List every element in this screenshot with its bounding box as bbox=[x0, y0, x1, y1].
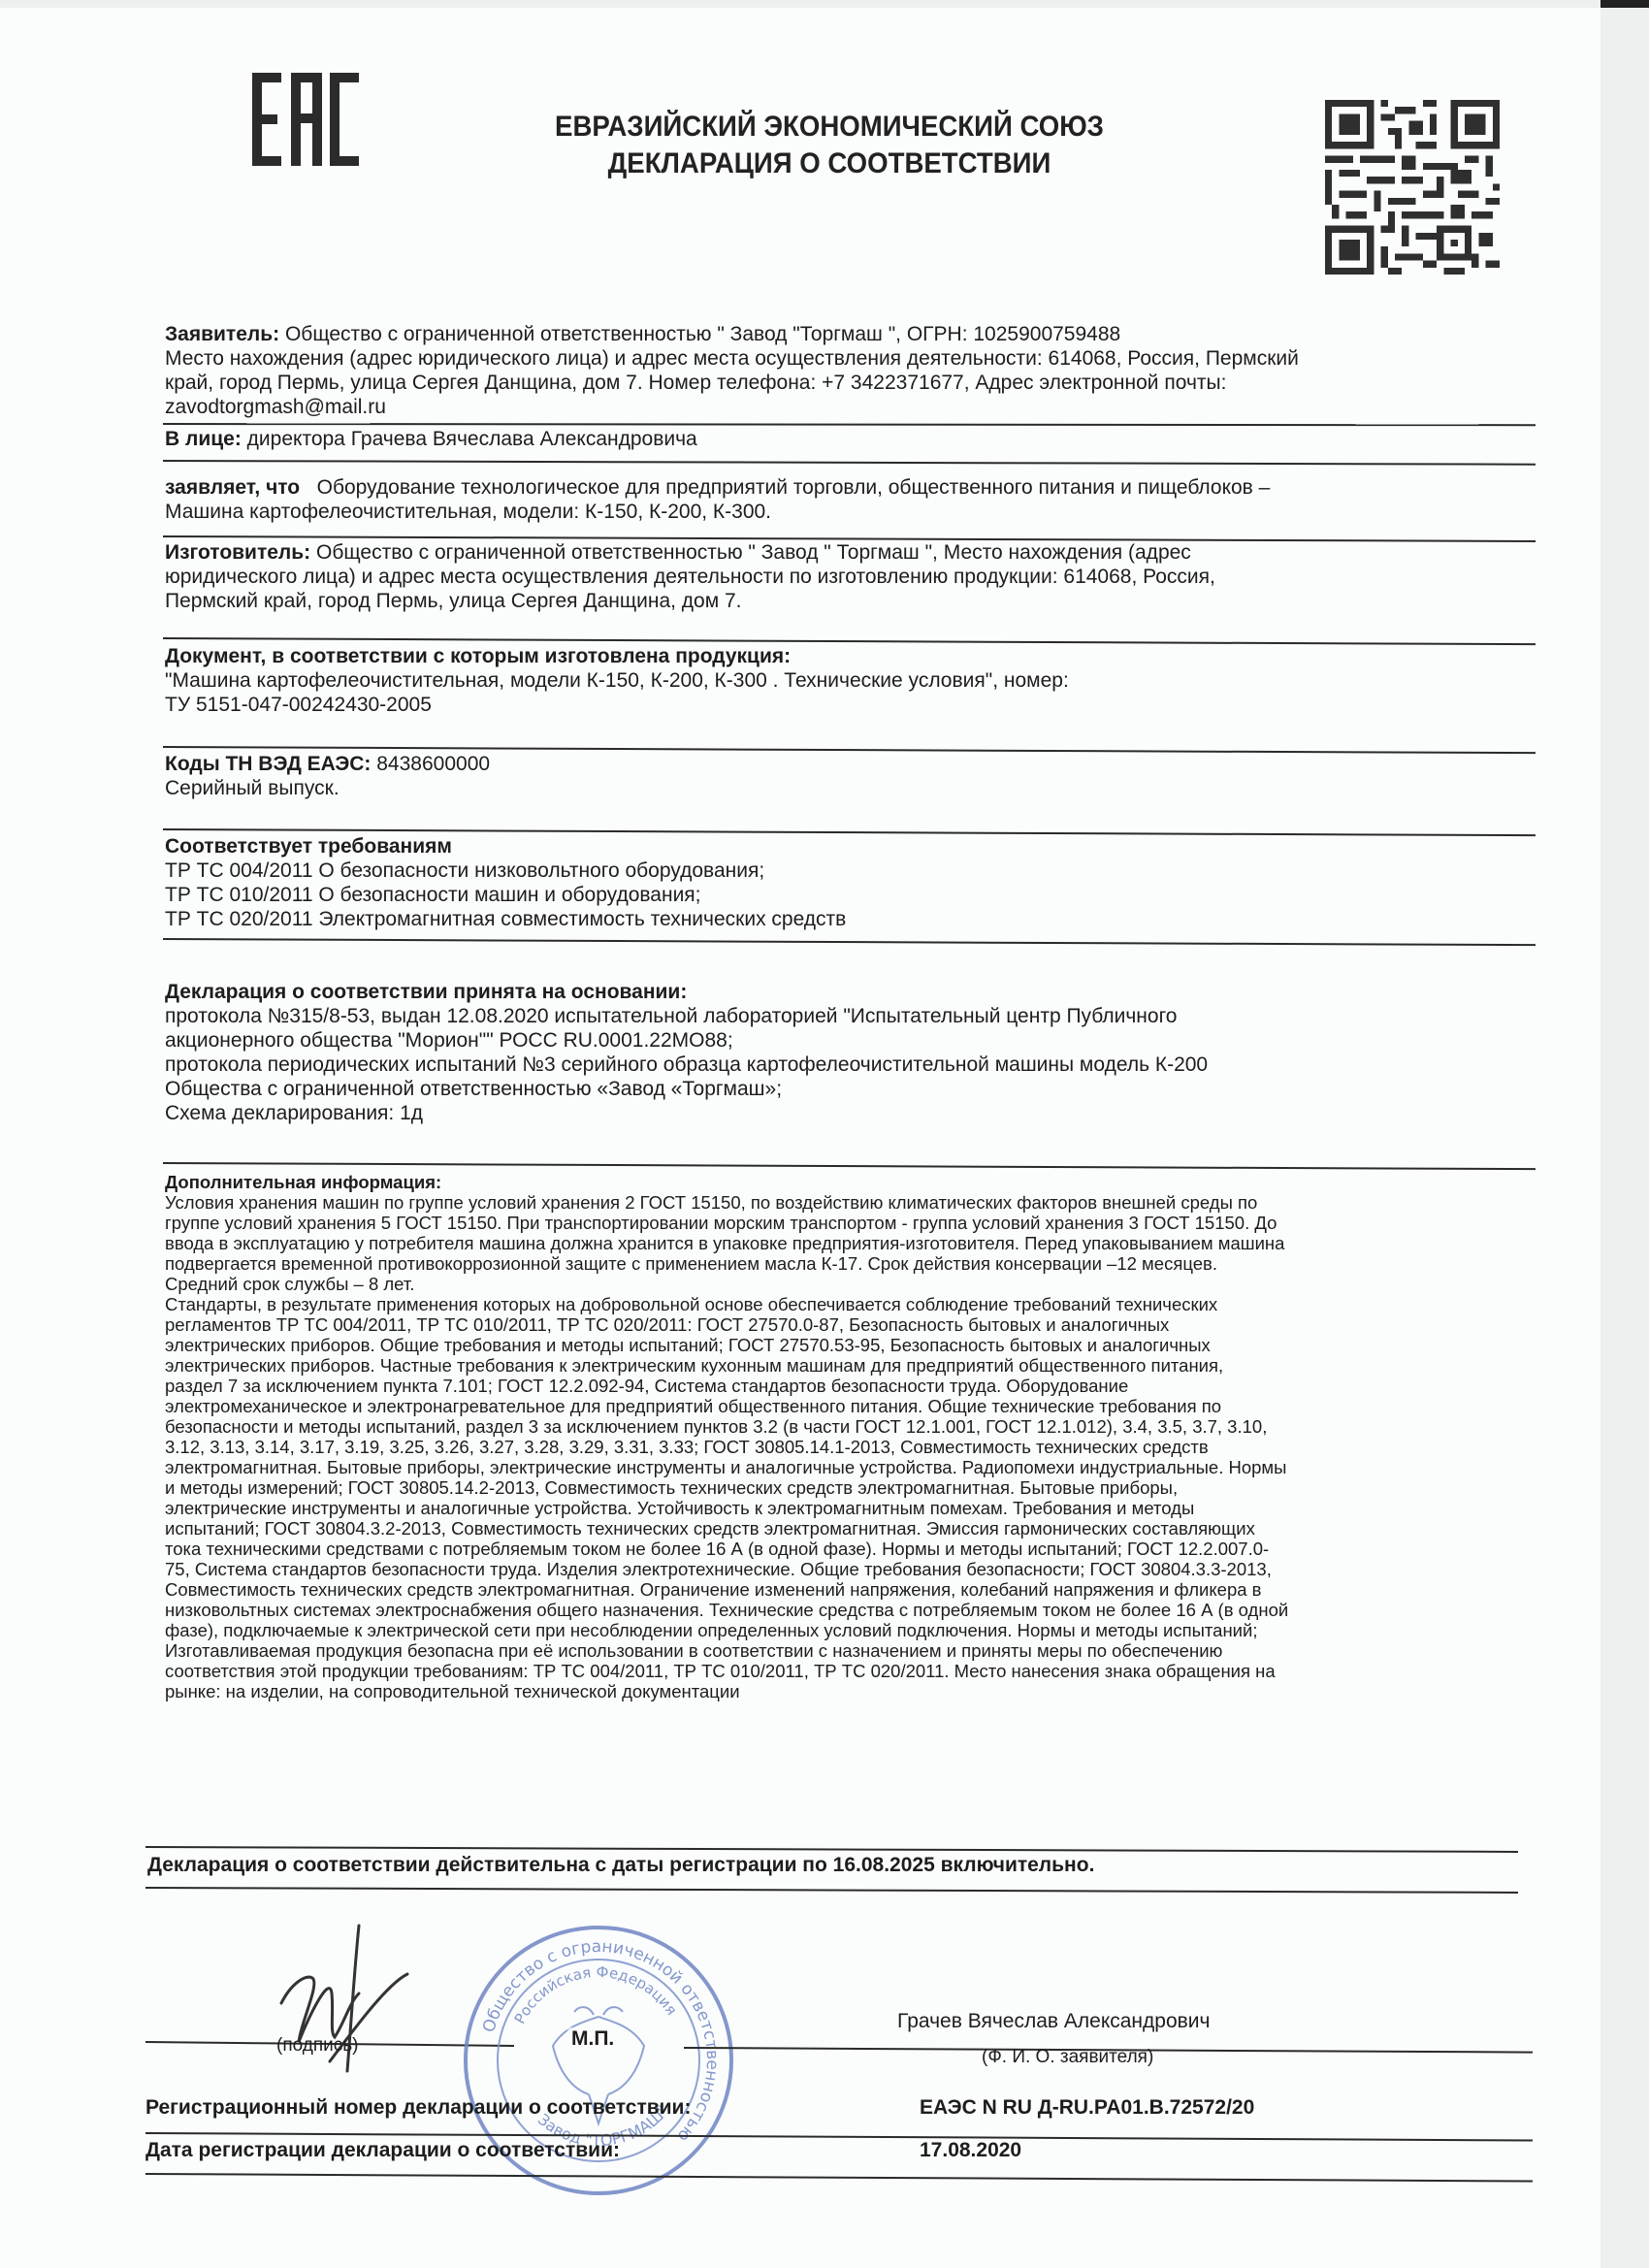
additional-info-line: Совместимость технических средств электр… bbox=[165, 1579, 1533, 1600]
additional-info-line: электрических приборов. Частные требован… bbox=[165, 1355, 1533, 1376]
eac-logo-icon bbox=[252, 73, 361, 166]
requirements-label: Соответствует требованиям bbox=[165, 835, 452, 858]
applicant-full-name: Грачев Вячеслав Александрович bbox=[897, 2010, 1210, 2033]
additional-info-line: соответствия этой продукции требованиям:… bbox=[165, 1661, 1533, 1681]
basis-section: Декларация о соответствии принята на осн… bbox=[165, 980, 1533, 1125]
qr-code-icon bbox=[1325, 99, 1500, 275]
document-title: "Машина картофелеочистительная, модели К… bbox=[165, 668, 1533, 693]
additional-info-line: ввода в эксплуатацию у потребителя машин… bbox=[165, 1233, 1533, 1253]
additional-info-line: подвергается временной противокоррозионн… bbox=[165, 1253, 1533, 1274]
applicant-name: Общество с ограниченной ответственностью… bbox=[279, 323, 1120, 345]
additional-info-line: и методы измерений; ГОСТ 30805.14.2-2013… bbox=[165, 1477, 1533, 1498]
declares-label: заявляет, что bbox=[165, 476, 300, 499]
additional-info-line: раздел 7 за исключением пункта 7.101; ГО… bbox=[165, 1376, 1533, 1396]
requirement-item: ТР ТС 004/2011 О безопасности низковольт… bbox=[165, 859, 1533, 883]
represented-by-value: директора Грачева Вячеслава Александрови… bbox=[242, 428, 697, 450]
additional-info-line: 3.12, 3.13, 3.14, 3.17, 3.19, 3.25, 3.26… bbox=[165, 1437, 1533, 1457]
codes-value: 8438600000 bbox=[371, 753, 490, 775]
manufacturer-label: Изготовитель: bbox=[165, 541, 310, 564]
applicant-address: Место нахождения (адрес юридического лиц… bbox=[165, 346, 1533, 371]
additional-info-line: регламентов ТР ТС 004/2011, ТР ТС 010/20… bbox=[165, 1314, 1533, 1335]
codes-section: Коды ТН ВЭД ЕАЭС: 8438600000 Серийный вы… bbox=[165, 752, 1533, 800]
release-type: Серийный выпуск. bbox=[165, 776, 1533, 800]
declares-section: заявляет, что Оборудование технологическ… bbox=[165, 475, 1533, 524]
represented-by-label: В лице: bbox=[165, 428, 242, 450]
registration-number-value: ЕАЭС N RU Д-RU.PA01.B.72572/20 bbox=[920, 2095, 1502, 2120]
declaration-scheme: Схема декларирования: 1д bbox=[165, 1101, 1533, 1125]
applicant-email: zavodtorgmash@mail.ru bbox=[165, 395, 1533, 419]
additional-info-line: электрические инструменты и аналогичные … bbox=[165, 1498, 1533, 1518]
additional-info-label: Дополнительная информация: bbox=[165, 1172, 441, 1192]
additional-info-line: Условия хранения машин по группе условий… bbox=[165, 1192, 1533, 1213]
additional-info-line: низковольтных системах электроснабжения … bbox=[165, 1600, 1533, 1620]
additional-info-line: Средний срок службы – 8 лет. bbox=[165, 1274, 1533, 1294]
additional-info-line: тока техническими средствами с потребляе… bbox=[165, 1539, 1533, 1559]
applicant-label: Заявитель: bbox=[165, 323, 279, 345]
requirement-item: ТР ТС 010/2011 О безопасности машин и об… bbox=[165, 883, 1533, 907]
additional-info-line: электромагнитная. Бытовые приборы, элект… bbox=[165, 1457, 1533, 1477]
basis-line: акционерного общества "Морион"" РОСС RU.… bbox=[165, 1028, 1533, 1053]
declares-models: Машина картофелеочистительная, модели: К… bbox=[165, 500, 1533, 524]
applicant-address-cont: край, город Пермь, улица Сергея Данщина,… bbox=[165, 371, 1533, 395]
requirements-section: Соответствует требованиям ТР ТС 004/2011… bbox=[165, 834, 1533, 931]
additional-info-line: электрических приборов. Общие требования… bbox=[165, 1335, 1533, 1355]
basis-line: протокола периодических испытаний №3 сер… bbox=[165, 1053, 1533, 1077]
document-section: Документ, в соответствии с которым изгот… bbox=[165, 644, 1533, 717]
manufacturer-address-cont: Пермский край, город Пермь, улица Сергея… bbox=[165, 589, 1533, 613]
validity-statement: Декларация о соответствии действительна … bbox=[147, 1853, 1515, 1877]
document-label: Документ, в соответствии с которым изгот… bbox=[165, 645, 791, 667]
page-title: ЕВРАЗИЙСКИЙ ЭКОНОМИЧЕСКИЙ СОЮЗ ДЕКЛАРАЦИ… bbox=[450, 109, 1209, 182]
stamp-place-label: М.П. bbox=[567, 2027, 618, 2051]
additional-info-line: испытаний; ГОСТ 30804.3.2-2013, Совмести… bbox=[165, 1518, 1533, 1539]
registration-date-label: Дата регистрации декларации о соответств… bbox=[145, 2138, 844, 2162]
signature-caption: (подпись) bbox=[276, 2035, 358, 2057]
applicant-section: Заявитель: Общество с ограниченной ответ… bbox=[165, 322, 1533, 419]
basis-line: Общества с ограниченной ответственностью… bbox=[165, 1077, 1533, 1101]
manufacturer-section: Изготовитель: Общество с ограниченной от… bbox=[165, 540, 1533, 613]
document-number: ТУ 5151-047-00242430-2005 bbox=[165, 693, 1533, 717]
additional-info-line: группе условий хранения 5 ГОСТ 15150. Пр… bbox=[165, 1213, 1533, 1233]
additional-info-line: Стандарты, в результате применения котор… bbox=[165, 1294, 1533, 1314]
additional-info-line: безопасности и методы испытаний, раздел … bbox=[165, 1416, 1533, 1437]
name-caption: (Ф. И. О. заявителя) bbox=[982, 2047, 1153, 2068]
title-declaration: ДЕКЛАРАЦИЯ О СООТВЕТСТВИИ bbox=[450, 146, 1209, 182]
basis-line: протокола №315/8-53, выдан 12.08.2020 ис… bbox=[165, 1004, 1533, 1028]
registration-date-value: 17.08.2020 bbox=[920, 2138, 1308, 2162]
additional-info-line: рынке: на изделии, на сопроводительной т… bbox=[165, 1681, 1533, 1701]
declares-product: Оборудование технологическое для предпри… bbox=[300, 476, 1270, 499]
additional-info-section: Дополнительная информация: Условия хране… bbox=[165, 1172, 1533, 1701]
requirement-item: ТР ТС 020/2011 Электромагнитная совмести… bbox=[165, 907, 1533, 931]
codes-label: Коды ТН ВЭД ЕАЭС: bbox=[165, 753, 371, 775]
manufacturer-address: юридического лица) и адрес места осущест… bbox=[165, 565, 1533, 589]
additional-info-line: 75, Система стандартов безопасности труд… bbox=[165, 1559, 1533, 1579]
title-union: ЕВРАЗИЙСКИЙ ЭКОНОМИЧЕСКИЙ СОЮЗ bbox=[450, 109, 1209, 146]
basis-label: Декларация о соответствии принята на осн… bbox=[165, 981, 687, 1003]
scan-edge bbox=[1600, 0, 1649, 8]
registration-number-label: Регистрационный номер декларации о соотв… bbox=[145, 2095, 844, 2120]
additional-info-line: Изготавливаемая продукция безопасна при … bbox=[165, 1640, 1533, 1661]
additional-info-line: электромеханическое и электронагреватель… bbox=[165, 1396, 1533, 1416]
additional-info-line: фазе), подключаемые к электрической сети… bbox=[165, 1620, 1533, 1640]
represented-by-section: В лице: директора Грачева Вячеслава Алек… bbox=[165, 427, 1533, 451]
manufacturer-name: Общество с ограниченной ответственностью… bbox=[310, 541, 1191, 564]
